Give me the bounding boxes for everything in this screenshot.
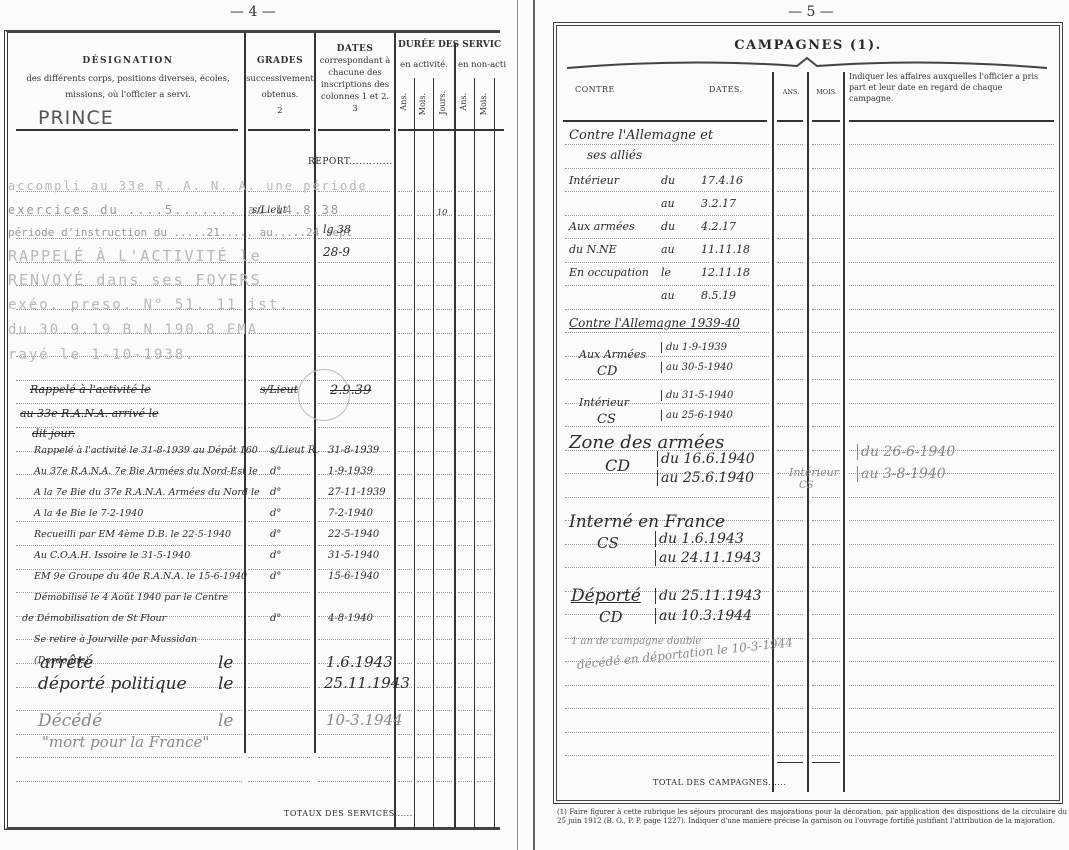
ruled-line (477, 238, 491, 239)
ruled-line (849, 379, 1054, 380)
ruled-line (436, 238, 452, 239)
ruled-line (318, 757, 390, 758)
campaign-entry-date: 4.2.17 (701, 220, 736, 233)
entry-date: 31-5-1940 (328, 550, 379, 561)
ruled-line (812, 215, 840, 216)
ruled-line (318, 734, 390, 735)
service-table: DÉSIGNATION des différents corps, positi… (4, 30, 500, 830)
ruled-line (417, 687, 431, 688)
page-number: — 5 — (788, 4, 834, 20)
en-non-activite-header: en non-acti (456, 59, 508, 71)
ruled-line (812, 567, 840, 568)
ruled-line (398, 238, 412, 239)
ruled-line (777, 379, 803, 380)
ruled-line (436, 309, 452, 310)
designation-header: DÉSIGNATION des différents corps, positi… (18, 55, 238, 103)
ruled-line (777, 661, 803, 662)
deporte-from: du 25.11.1943 (655, 588, 762, 604)
ruled-line (398, 498, 412, 499)
ruled-line (477, 333, 491, 334)
ruled-line (777, 567, 803, 568)
interne-to: au 24.11.1943 (655, 550, 761, 566)
ruled-line (248, 663, 310, 664)
ruled-line (436, 616, 452, 617)
ruled-line (565, 215, 769, 216)
ruled-line (417, 356, 431, 357)
ruled-line (436, 427, 452, 428)
ruled-line (248, 639, 310, 640)
ruled-line (318, 309, 390, 310)
ruled-line (812, 332, 840, 333)
campaign-entry: du N.NEau11.11.18 (569, 243, 750, 256)
ruled-line (777, 685, 803, 686)
ruled-line (417, 238, 431, 239)
final-entry-date: 25.11.1943 (324, 674, 410, 692)
campaign-entry-to: au 30-5-1940 (661, 362, 733, 373)
ruled-line (398, 262, 412, 263)
ruled-line (436, 710, 452, 711)
stamp-line: exercices du ....5....... au 14.8.38 (8, 203, 340, 217)
header-rule (248, 129, 310, 131)
interne-from: du 1.6.1943 (655, 531, 744, 547)
ruled-line (812, 426, 840, 427)
ruled-line (477, 451, 491, 452)
ruled-line (436, 569, 452, 570)
ruled-line (417, 592, 431, 593)
officer-name: PRINCE (38, 107, 114, 130)
sub-col-ans-2: Ans. (459, 93, 468, 111)
total-label: TOTAL DES CAMPAGNES...... (653, 778, 786, 787)
ruled-line (849, 238, 1054, 239)
grades-header: GRADES successivement obtenus. 2 (246, 55, 314, 117)
ruled-line (477, 380, 491, 381)
campaign-entry-to: au 25-6-1940 (661, 410, 733, 421)
zone-interieur-label: Intérieur (789, 466, 839, 479)
ruled-line (398, 215, 412, 216)
ruled-line (477, 592, 491, 593)
ruled-line (812, 379, 840, 380)
ruled-line (398, 734, 412, 735)
col-rule (454, 43, 456, 828)
ruled-line (777, 356, 803, 357)
zone-interieur-to: au 3-8-1940 (857, 466, 946, 482)
ruled-line (777, 708, 803, 709)
ruled-line (436, 545, 452, 546)
campaigns-table: CAMPAGNES (1). CONTRE DATES. ANS. MOIS. … (553, 22, 1063, 804)
circular-stamp (298, 369, 350, 421)
stamp-line: RENVOYÉ dans ses FOYERS (8, 271, 262, 289)
ruled-line (565, 426, 769, 427)
ruled-line (458, 380, 472, 381)
ruled-line (849, 661, 1054, 662)
campaign-entry-date: 12.11.18 (701, 266, 750, 279)
ruled-line (849, 215, 1054, 216)
ruled-line (458, 333, 472, 334)
ruled-line (458, 781, 472, 782)
ruled-line (417, 380, 431, 381)
ruled-line (777, 732, 803, 733)
struck-line: dit jour. (32, 427, 75, 440)
ruled-line (477, 521, 491, 522)
ruled-line (398, 521, 412, 522)
zone-interieur-code: CS (799, 480, 814, 491)
ruled-line (458, 215, 472, 216)
ruled-line (417, 616, 431, 617)
final-entry: arrêté (40, 653, 93, 673)
ruled-line (458, 285, 472, 286)
ruled-line (477, 663, 491, 664)
final-entry: déporté politique (38, 674, 187, 694)
campaign-heading: Contre l'Allemagne et (569, 128, 713, 143)
entry-date: 7-2-1940 (328, 508, 373, 519)
ruled-line (318, 569, 390, 570)
ruled-line (777, 309, 803, 310)
ruled-line (849, 685, 1054, 686)
campaigns-title: CAMPAGNES (1). (557, 38, 1059, 53)
ruled-line (849, 191, 1054, 192)
entry-designation: Au C.O.A.H. Issoire le 31-5-1940 (34, 550, 190, 561)
col-rule (244, 33, 246, 753)
ruled-line (849, 708, 1054, 709)
ruled-line (477, 262, 491, 263)
campaign-entry-label: Aux Armées (579, 348, 646, 361)
campaign-entry-label: du N.NE (569, 243, 661, 256)
ruled-line (849, 332, 1054, 333)
ruled-line (318, 521, 390, 522)
ruled-line (436, 781, 452, 782)
entry-designation: Recueilli par EM 4ème D.B. le 22-5-1940 (34, 529, 231, 540)
campaign-entry-prefix: le (661, 266, 701, 279)
ruled-line (248, 427, 310, 428)
ruled-line (398, 333, 412, 334)
ruled-line (417, 285, 431, 286)
campaign-note: 1 an de campagne double (571, 636, 701, 647)
col-rule (807, 72, 809, 792)
en-activite-header: en activité. (396, 59, 452, 71)
ruled-line (812, 356, 840, 357)
ruled-line (248, 592, 310, 593)
final-entry-date: 1.6.1943 (326, 653, 393, 671)
ruled-line (458, 238, 472, 239)
campaign-entry-from: du 1-9-1939 (661, 342, 727, 353)
totaux-label: TOTAUX DES SERVICES...... (284, 809, 413, 818)
ruled-line (398, 781, 412, 782)
ruled-line (458, 403, 472, 404)
ruled-line (417, 521, 431, 522)
ruled-line (849, 144, 1054, 145)
brace-ornament (567, 56, 1047, 72)
ruled-line (812, 732, 840, 733)
ruled-line (458, 309, 472, 310)
ruled-line (565, 379, 769, 380)
ruled-line (477, 639, 491, 640)
col-rule (474, 78, 475, 828)
campaign-entry: au8.5.19 (569, 289, 736, 302)
ruled-line (248, 356, 310, 357)
ruled-line (477, 687, 491, 688)
ruled-line (16, 380, 242, 381)
ruled-line (318, 262, 390, 263)
ruled-line (458, 569, 472, 570)
ruled-line (248, 757, 310, 758)
ruled-line (417, 262, 431, 263)
ruled-line (248, 545, 310, 546)
campaign-entry-prefix: du (661, 220, 701, 233)
ruled-line (318, 427, 390, 428)
ruled-line (777, 591, 803, 592)
ruled-line (417, 451, 431, 452)
ruled-line (417, 757, 431, 758)
ruled-line (477, 474, 491, 475)
ruled-line (565, 309, 769, 310)
campaign-entry-prefix: au (661, 289, 701, 302)
mois-header: MOIS. (810, 86, 843, 98)
ruled-line (777, 755, 803, 756)
ruled-line (777, 262, 803, 263)
ruled-line (16, 757, 242, 758)
ruled-line (458, 616, 472, 617)
ruled-line (417, 545, 431, 546)
ruled-line (398, 592, 412, 593)
ruled-line (565, 685, 769, 686)
ruled-line (849, 567, 1054, 568)
ruled-line (812, 309, 840, 310)
left-page: — 4 — DÉSIGNATION des différents corps, … (0, 0, 500, 850)
campaign-entry: Intérieurdu17.4.16 (569, 174, 743, 187)
ruled-line (777, 426, 803, 427)
ruled-line (477, 356, 491, 357)
ruled-line (458, 687, 472, 688)
ruled-line (398, 309, 412, 310)
ruled-line (477, 403, 491, 404)
entry-date: 4-8-1940 (328, 613, 373, 624)
ruled-line (398, 545, 412, 546)
ruled-line (777, 168, 803, 169)
right-page: — 5 — CAMPAGNES (1). CONTRE DATES. ANS. … (545, 0, 1069, 850)
deporte-code: CD (599, 608, 623, 626)
ruled-line (436, 403, 452, 404)
ruled-line (849, 755, 1054, 756)
ruled-line (458, 710, 472, 711)
ruled-line (849, 262, 1054, 263)
entry-date: 15-6-1940 (328, 571, 379, 582)
entry-designation: Rappelé à l'activité le 31-8-1939 au Dép… (34, 445, 258, 456)
ruled-line (248, 734, 310, 735)
ruled-line (812, 403, 840, 404)
ruled-line (398, 639, 412, 640)
zone-armees-code: CD (605, 456, 630, 475)
campaign-entry-code: CS (597, 412, 616, 427)
ruled-line (458, 545, 472, 546)
stamp-line: accompli au 33e R. A. N. A. une période (8, 179, 368, 193)
ruled-line (417, 427, 431, 428)
struck-grade: s/Lieut (260, 383, 298, 396)
ruled-line (318, 333, 390, 334)
entry-designation: A la 7e Bie du 37e R.A.N.A. Armées du No… (34, 487, 260, 498)
ruled-line (812, 144, 840, 145)
ruled-line (849, 520, 1054, 521)
ruled-line (812, 708, 840, 709)
ruled-line (849, 309, 1054, 310)
ruled-line (398, 474, 412, 475)
header-rule (849, 120, 1054, 122)
page-gutter (517, 0, 518, 850)
ruled-line (477, 427, 491, 428)
ruled-line (318, 781, 390, 782)
entry-grade: d° (270, 487, 281, 498)
ruled-line (458, 521, 472, 522)
ruled-line (777, 191, 803, 192)
ruled-line (812, 497, 840, 498)
ruled-line (777, 450, 803, 451)
entry-grade: d° (270, 613, 281, 624)
ruled-line (458, 191, 472, 192)
col-rule (394, 33, 396, 828)
ruled-line (398, 451, 412, 452)
ruled-line (477, 545, 491, 546)
col-rule (494, 78, 495, 828)
zone-armees-from: du 16.6.1940 (657, 451, 755, 467)
ruled-line (398, 191, 412, 192)
col-rule (843, 72, 845, 792)
ruled-line (565, 708, 769, 709)
ruled-line (477, 191, 491, 192)
ruled-line (398, 427, 412, 428)
campaign-entry-code: CD (597, 364, 617, 379)
ruled-line (398, 757, 412, 758)
dates-header: DATES correspondant à chacune des inscri… (316, 43, 394, 115)
ruled-line (777, 544, 803, 545)
zone-armees-label: Zone des armées (569, 432, 724, 453)
ruled-line (458, 663, 472, 664)
entry-grade: d° (270, 508, 281, 519)
ruled-line (565, 168, 769, 169)
ruled-line (318, 285, 390, 286)
ruled-line (849, 426, 1054, 427)
ruled-line (417, 215, 431, 216)
ruled-line (777, 215, 803, 216)
ruled-line (477, 569, 491, 570)
ruled-line (248, 569, 310, 570)
ruled-line (417, 474, 431, 475)
ruled-line (318, 356, 390, 357)
header-rule (16, 129, 238, 131)
ruled-line (417, 781, 431, 782)
campaign-entry-label: Aux armées (569, 220, 661, 233)
ruled-line (248, 521, 310, 522)
ruled-line (16, 403, 242, 404)
ruled-line (812, 661, 840, 662)
deporte-to: au 10.3.1944 (655, 608, 752, 624)
ruled-line (458, 734, 472, 735)
final-entry-suffix: le (218, 653, 234, 673)
stamp-line: exéo. preso. N° 51. 11 ist. (8, 297, 290, 313)
ruled-line (436, 663, 452, 664)
ruled-line (458, 356, 472, 357)
ruled-line (777, 614, 803, 615)
page-gutter (533, 0, 535, 850)
footnote: (1) Faire figurer à cette rubrique les s… (557, 808, 1067, 826)
ruled-line (436, 451, 452, 452)
ruled-line (565, 497, 769, 498)
campaign-entry: Aux arméesdu4.2.17 (569, 220, 736, 233)
ruled-line (458, 427, 472, 428)
zone-interieur-from: du 26-6-1940 (857, 444, 955, 460)
struck-line: au 33e R.A.N.A. arrivé le (20, 407, 159, 420)
col-rule (414, 78, 415, 828)
ruled-line (458, 639, 472, 640)
ruled-line (812, 285, 840, 286)
campaign-entry-date: 8.5.19 (701, 289, 736, 302)
ruled-line (812, 685, 840, 686)
ruled-line (16, 545, 242, 546)
ruled-line (436, 498, 452, 499)
jours-value: 10 (437, 208, 447, 217)
ruled-line (812, 614, 840, 615)
entry-date: 22-5-1940 (328, 529, 379, 540)
ruled-line (417, 569, 431, 570)
header-rule (563, 120, 767, 122)
ruled-line (16, 781, 242, 782)
campaign-entry-date: 11.11.18 (701, 243, 750, 256)
campaign-entry-label: En occupation (569, 266, 661, 279)
ruled-line (565, 191, 769, 192)
ruled-line (16, 521, 242, 522)
entry-date: 31-8-1939 (328, 445, 379, 456)
ruled-line (812, 262, 840, 263)
entry-designation: Se retire à Jourville par Mussidan (34, 634, 197, 645)
ruled-line (565, 567, 769, 568)
ruled-line (417, 403, 431, 404)
ruled-line (812, 520, 840, 521)
ruled-line (417, 663, 431, 664)
ruled-line (458, 757, 472, 758)
ruled-line (477, 215, 491, 216)
contre-header: CONTRE (575, 84, 615, 96)
ruled-line (477, 498, 491, 499)
ruled-line (436, 639, 452, 640)
ruled-line (849, 497, 1054, 498)
ruled-line (812, 168, 840, 169)
header-rule (398, 129, 504, 131)
sub-col-mois-2: Mois. (479, 93, 488, 115)
ruled-line (398, 403, 412, 404)
ruled-line (812, 755, 840, 756)
ruled-line (812, 591, 840, 592)
ruled-line (417, 734, 431, 735)
ruled-line (477, 781, 491, 782)
ruled-line (398, 380, 412, 381)
entry-grade: s/Lieut R. (270, 445, 319, 456)
deporte-label: Déporté (571, 586, 641, 606)
entry-designation: de Démobilisation de St Flour (22, 613, 166, 624)
ruled-line (849, 544, 1054, 545)
ruled-line (812, 638, 840, 639)
ruled-line (458, 262, 472, 263)
stamp-line: du 30.9.19 B.N 190.8 EMA (8, 322, 258, 338)
ruled-line (477, 757, 491, 758)
entry-date: 27-11-1939 (328, 487, 386, 498)
indiquer-header: Indiquer les affaires auxquelles l'offic… (849, 71, 1049, 104)
interne-code: CS (597, 534, 619, 552)
grade-value: s/Lieut (252, 205, 287, 216)
ruled-line (16, 569, 242, 570)
ruled-line (458, 474, 472, 475)
ruled-line (849, 285, 1054, 286)
col-rule (433, 78, 434, 828)
ans-header: ANS. (775, 86, 807, 98)
col-rule (772, 72, 774, 792)
